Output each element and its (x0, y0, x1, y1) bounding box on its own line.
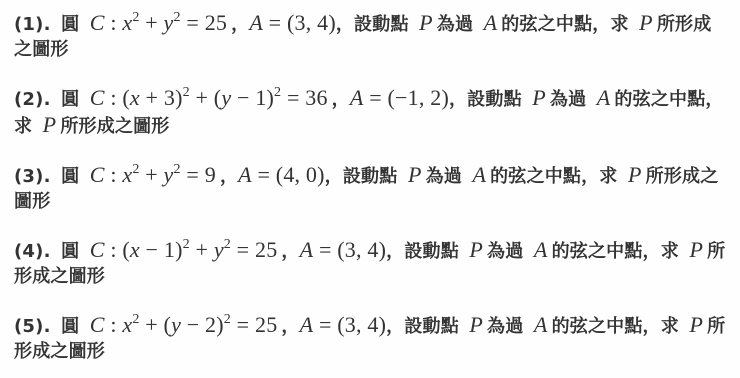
problem-label: (5). (14, 316, 51, 337)
text-segment: 為過 (487, 241, 523, 262)
comma: ， (231, 14, 249, 35)
text-segment: 的弦之中點，求 (552, 241, 679, 262)
point-equation: A = (3, 4) (249, 10, 336, 35)
problem-label: (2). (14, 89, 51, 110)
variable-p: P (408, 162, 422, 187)
variable-a: A (484, 10, 498, 35)
text-segment: 為過 (426, 166, 462, 187)
text-segment: 的弦之中點，求 (552, 316, 679, 337)
variable-p: P (43, 112, 57, 137)
text-segment: 的弦之中點，求 (501, 14, 628, 35)
text-segment: 為過 (487, 316, 523, 337)
circle-equation: C : x2 + y2 = 9 (90, 162, 216, 187)
problem-5: (5). 圓 C : x2 + (y − 2)2 = 25，A = (3, 4)… (14, 312, 726, 364)
variable-a: A (472, 162, 486, 187)
variable-a: A (534, 312, 548, 337)
point-equation: A = (3, 4) (300, 237, 387, 262)
problem-1: (1). 圓 C : x2 + y2 = 25，A = (3, 4)，設動點 P… (14, 10, 726, 62)
point-equation: A = (4, 0) (238, 162, 325, 187)
point-equation: A = (−1, 2) (350, 85, 449, 110)
variable-a: A (597, 85, 611, 110)
problem-label: (4). (14, 241, 51, 262)
text-segment: 為過 (550, 89, 586, 110)
comma: ， (281, 241, 299, 262)
variable-p: P (689, 312, 703, 337)
variable-p: P (639, 10, 653, 35)
variable-p: P (469, 312, 483, 337)
text-segment: 為過 (437, 14, 473, 35)
point-equation: A = (3, 4) (300, 312, 387, 337)
comma: ， (332, 89, 350, 110)
variable-p: P (689, 237, 703, 262)
circle-word: 圓 (61, 166, 79, 187)
text-segment: ，設動點 (336, 14, 409, 35)
problem-label: (3). (14, 166, 51, 187)
problem-list: (1). 圓 C : x2 + y2 = 25，A = (3, 4)，設動點 P… (0, 0, 740, 364)
problem-3: (3). 圓 C : x2 + y2 = 9，A = (4, 0)，設動點 P為… (14, 162, 726, 214)
text-segment: 的弦之中點，求 (490, 166, 617, 187)
variable-p: P (419, 10, 433, 35)
variable-p: P (532, 85, 546, 110)
problem-label: (1). (14, 14, 51, 35)
text-segment: ，設動點 (449, 89, 522, 110)
variable-p: P (628, 162, 642, 187)
circle-word: 圓 (61, 14, 79, 35)
circle-word: 圓 (61, 241, 79, 262)
variable-a: A (534, 237, 548, 262)
comma: ， (220, 166, 238, 187)
circle-word: 圓 (61, 89, 79, 110)
comma: ， (281, 316, 299, 337)
circle-equation: C : x2 + (y − 2)2 = 25 (90, 312, 278, 337)
circle-equation: C : x2 + y2 = 25 (90, 10, 227, 35)
circle-equation: C : (x − 1)2 + y2 = 25 (90, 237, 278, 262)
text-segment: ，設動點 (325, 166, 398, 187)
circle-equation: C : (x + 3)2 + (y − 1)2 = 36 (90, 85, 328, 110)
text-segment: ，設動點 (386, 241, 459, 262)
text-segment: 所形成之圖形 (60, 116, 169, 137)
problem-2: (2). 圓 C : (x + 3)2 + (y − 1)2 = 36，A = … (14, 85, 726, 139)
text-segment: ，設動點 (386, 316, 459, 337)
problem-4: (4). 圓 C : (x − 1)2 + y2 = 25，A = (3, 4)… (14, 237, 726, 289)
circle-word: 圓 (61, 316, 79, 337)
variable-p: P (469, 237, 483, 262)
